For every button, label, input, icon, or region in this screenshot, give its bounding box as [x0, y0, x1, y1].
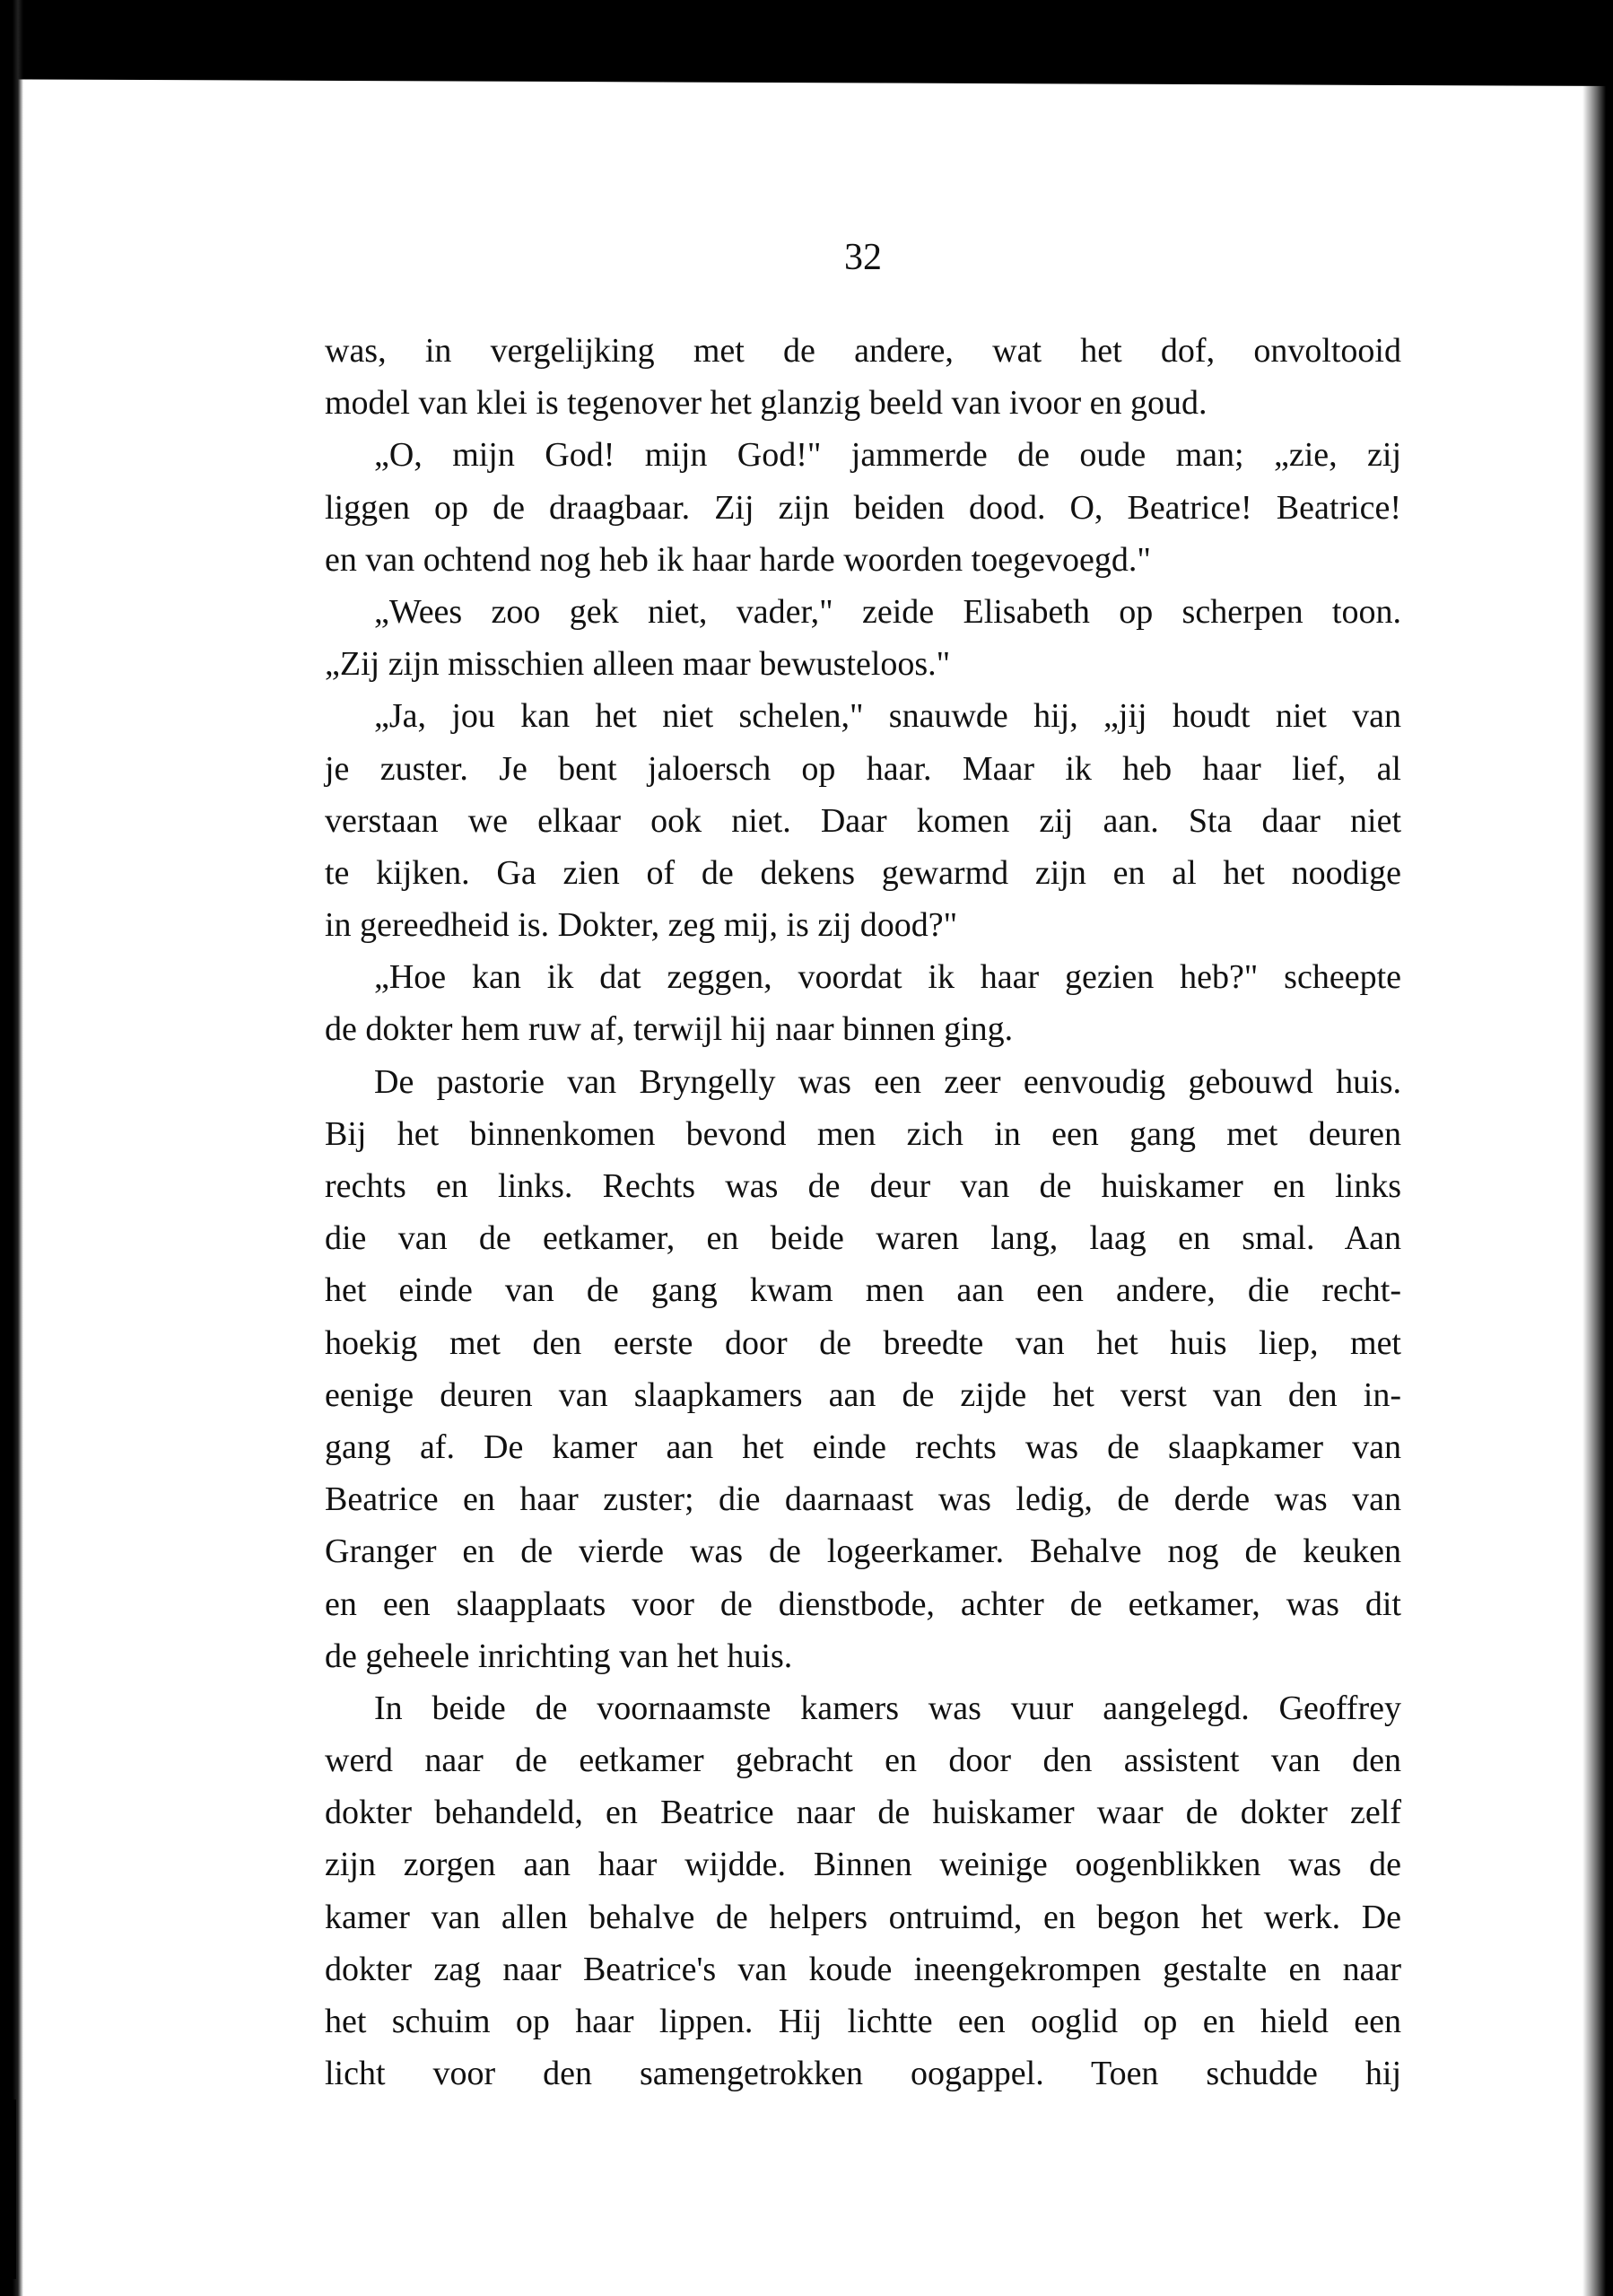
text-line: „Zij zijn misschien alleen maar bewustel…	[325, 638, 1401, 690]
text-line: Bij het binnenkomen bevond men zich in e…	[325, 1108, 1401, 1160]
text-line: gang af. De kamer aan het einde rechts w…	[325, 1421, 1401, 1473]
text-line: hoekig met den eerste door de breedte va…	[325, 1317, 1401, 1369]
text-line: die van de eetkamer, en beide waren lang…	[325, 1212, 1401, 1264]
text-line: Beatrice en haar zuster; die daarnaast w…	[325, 1473, 1401, 1525]
text-line: Granger en de vierde was de logeerkamer.…	[325, 1525, 1401, 1577]
text-line: „Wees zoo gek niet, vader," zeide Elisab…	[325, 586, 1401, 638]
scan-border-right	[1582, 0, 1613, 2296]
text-line: de geheele inrichting van het huis.	[325, 1630, 1401, 1682]
text-line: De pastorie van Bryngelly was een zeer e…	[325, 1056, 1401, 1108]
text-line: het einde van de gang kwam men aan een a…	[325, 1264, 1401, 1316]
text-line: en van ochtend nog heb ik haar harde woo…	[325, 534, 1401, 586]
body-text: was, in vergelijking met de andere, wat …	[325, 325, 1401, 2100]
text-line: In beide de voornaamste kamers was vuur …	[325, 1682, 1401, 1734]
text-line: liggen op de draagbaar. Zij zijn beiden …	[325, 482, 1401, 534]
text-line: rechts en links. Rechts was de deur van …	[325, 1160, 1401, 1212]
text-line: kamer van allen behalve de helpers ontru…	[325, 1891, 1401, 1943]
text-line: licht voor den samengetrokken oogappel. …	[325, 2047, 1401, 2100]
text-line: in gereedheid is. Dokter, zeg mij, is zi…	[325, 899, 1401, 951]
text-line: „O, mijn God! mijn God!" jammerde de oud…	[325, 429, 1401, 481]
scan-border-top	[0, 0, 1613, 86]
text-line: je zuster. Je bent jaloersch op haar. Ma…	[325, 743, 1401, 795]
scan-border-left-lower	[0, 2100, 16, 2279]
text-line: zijn zorgen aan haar wijdde. Binnen wein…	[325, 1838, 1401, 1890]
text-line: en een slaapplaats voor de dienstbode, a…	[325, 1578, 1401, 1630]
text-line: „Hoe kan ik dat zeggen, voordat ik haar …	[325, 951, 1401, 1003]
text-line: model van klei is tegenover het glanzig …	[325, 377, 1401, 429]
text-line: „Ja, jou kan het niet schelen," snauwde …	[325, 690, 1401, 742]
text-line: werd naar de eetkamer gebracht en door d…	[325, 1734, 1401, 1786]
text-line: was, in vergelijking met de andere, wat …	[325, 325, 1401, 377]
text-line: verstaan we elkaar ook niet. Daar komen …	[325, 795, 1401, 847]
text-line: dokter behandeld, en Beatrice naar de hu…	[325, 1786, 1401, 1838]
text-line: te kijken. Ga zien of de dekens gewarmd …	[325, 847, 1401, 899]
page-number: 32	[325, 235, 1401, 280]
text-line: het schuim op haar lippen. Hij lichtte e…	[325, 1995, 1401, 2047]
text-line: dokter zag naar Beatrice's van koude ine…	[325, 1943, 1401, 1995]
scan-border-left	[0, 0, 23, 2296]
text-line: de dokter hem ruw af, terwijl hij naar b…	[325, 1003, 1401, 1055]
text-line: eenige deuren van slaapkamers aan de zij…	[325, 1369, 1401, 1421]
